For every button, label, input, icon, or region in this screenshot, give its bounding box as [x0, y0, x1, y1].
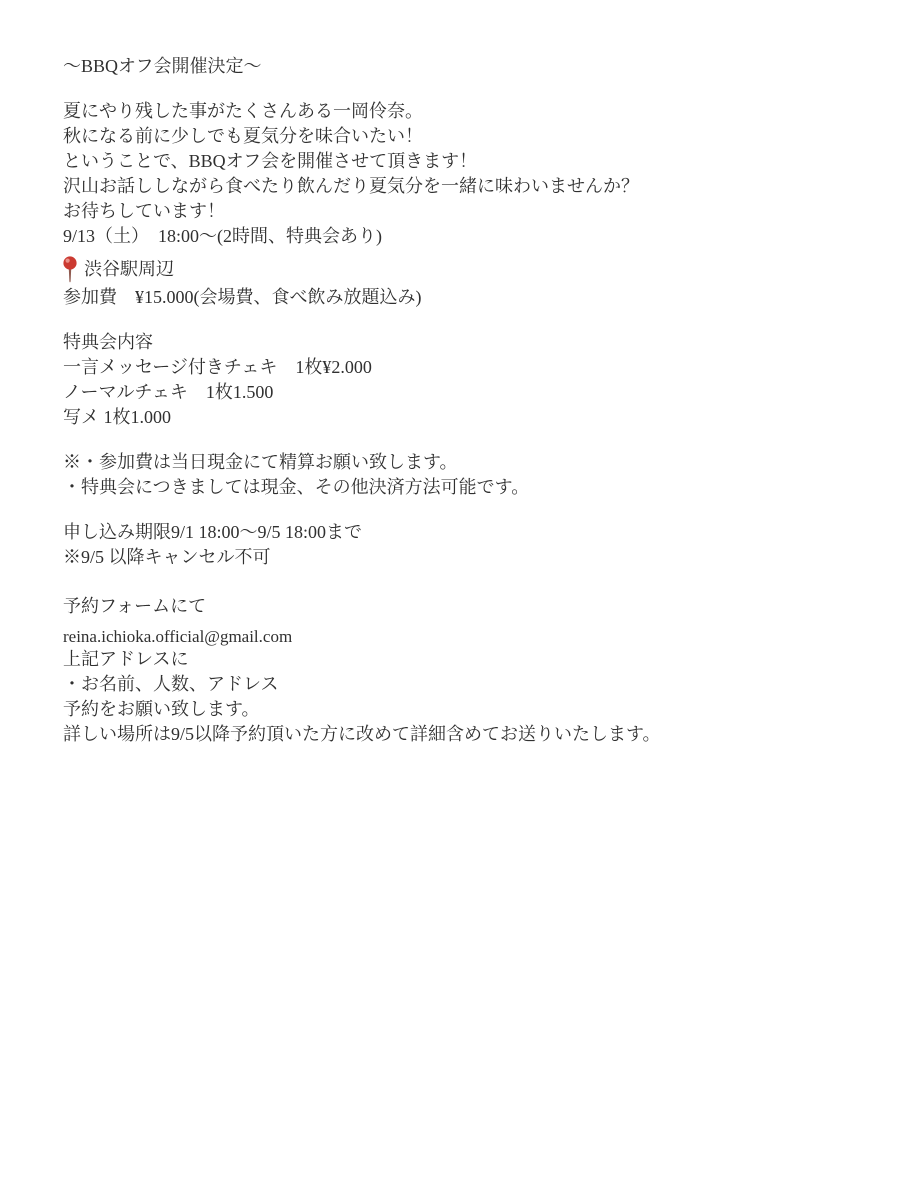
reservation-block: 予約フォームにて reina.ichioka.official@gmail.co… — [63, 594, 840, 697]
bonus-session-item: 写メ 1枚1.000 — [63, 405, 840, 430]
intro-line: ということで、BBQオフ会を開催させて頂きます！ — [63, 149, 840, 174]
event-location-row: 渋谷駅周辺 — [63, 253, 840, 285]
intro-line: 夏にやり残した事がたくさんある一岡伶奈。 — [63, 99, 840, 124]
intro-line: お待ちしています！ — [63, 199, 840, 224]
closing-note: 詳しい場所は9/5以降予約頂いた方に改めて詳細含めてお送りいたします。 — [63, 722, 840, 747]
reservation-request: 予約をお願い致します。 — [63, 697, 840, 722]
event-announcement-document: 〜BBQオフ会開催決定〜 夏にやり残した事がたくさんある一岡伶奈。 秋になる前に… — [0, 0, 900, 747]
bonus-session-item: 一言メッセージ付きチェキ 1枚¥2.000 — [63, 355, 840, 380]
bonus-session-block: 特典会内容 一言メッセージ付きチェキ 1枚¥2.000 ノーマルチェキ 1枚1.… — [63, 330, 840, 430]
reservation-required-info: ・お名前、人数、アドレス — [63, 672, 840, 697]
intro-line: 秋になる前に少しでも夏気分を味合いたい！ — [63, 124, 840, 149]
round-pushpin-icon — [63, 256, 77, 283]
cancel-policy-note: ※9/5 以降キャンセル不可 — [63, 545, 840, 570]
intro-line: 沢山お話ししながら食べたり飲んだり夏気分を一緒に味わいませんか？ — [63, 174, 840, 199]
application-block: 申し込み期限9/1 18:00〜9/5 18:00まで ※9/5 以降キャンセル… — [63, 520, 840, 570]
payment-notes-block: ※・参加費は当日現金にて精算お願い致します。 ・特典会につきましては現金、その他… — [63, 450, 840, 500]
application-deadline: 申し込み期限9/1 18:00〜9/5 18:00まで — [63, 520, 840, 545]
payment-note: ・特典会につきましては現金、その他決済方法可能です。 — [63, 475, 840, 500]
event-fee: 参加費 ¥15.000(会場費、食べ飲み放題込み) — [63, 285, 840, 310]
reservation-method: 予約フォームにて — [63, 594, 840, 619]
payment-note: ※・参加費は当日現金にて精算お願い致します。 — [63, 450, 840, 475]
intro-paragraph: 夏にやり残した事がたくさんある一岡伶奈。 秋になる前に少しでも夏気分を味合いたい… — [63, 99, 840, 224]
reservation-email: reina.ichioka.official@gmail.com — [63, 627, 840, 647]
reservation-address-note: 上記アドレスに — [63, 647, 840, 672]
event-location: 渋谷駅周辺 — [84, 253, 174, 285]
bonus-session-item: ノーマルチェキ 1枚1.500 — [63, 380, 840, 405]
page-title: 〜BBQオフ会開催決定〜 — [63, 54, 840, 79]
event-datetime: 9/13（土） 18:00〜(2時間、特典会あり) — [63, 224, 840, 249]
bonus-session-heading: 特典会内容 — [63, 330, 840, 355]
